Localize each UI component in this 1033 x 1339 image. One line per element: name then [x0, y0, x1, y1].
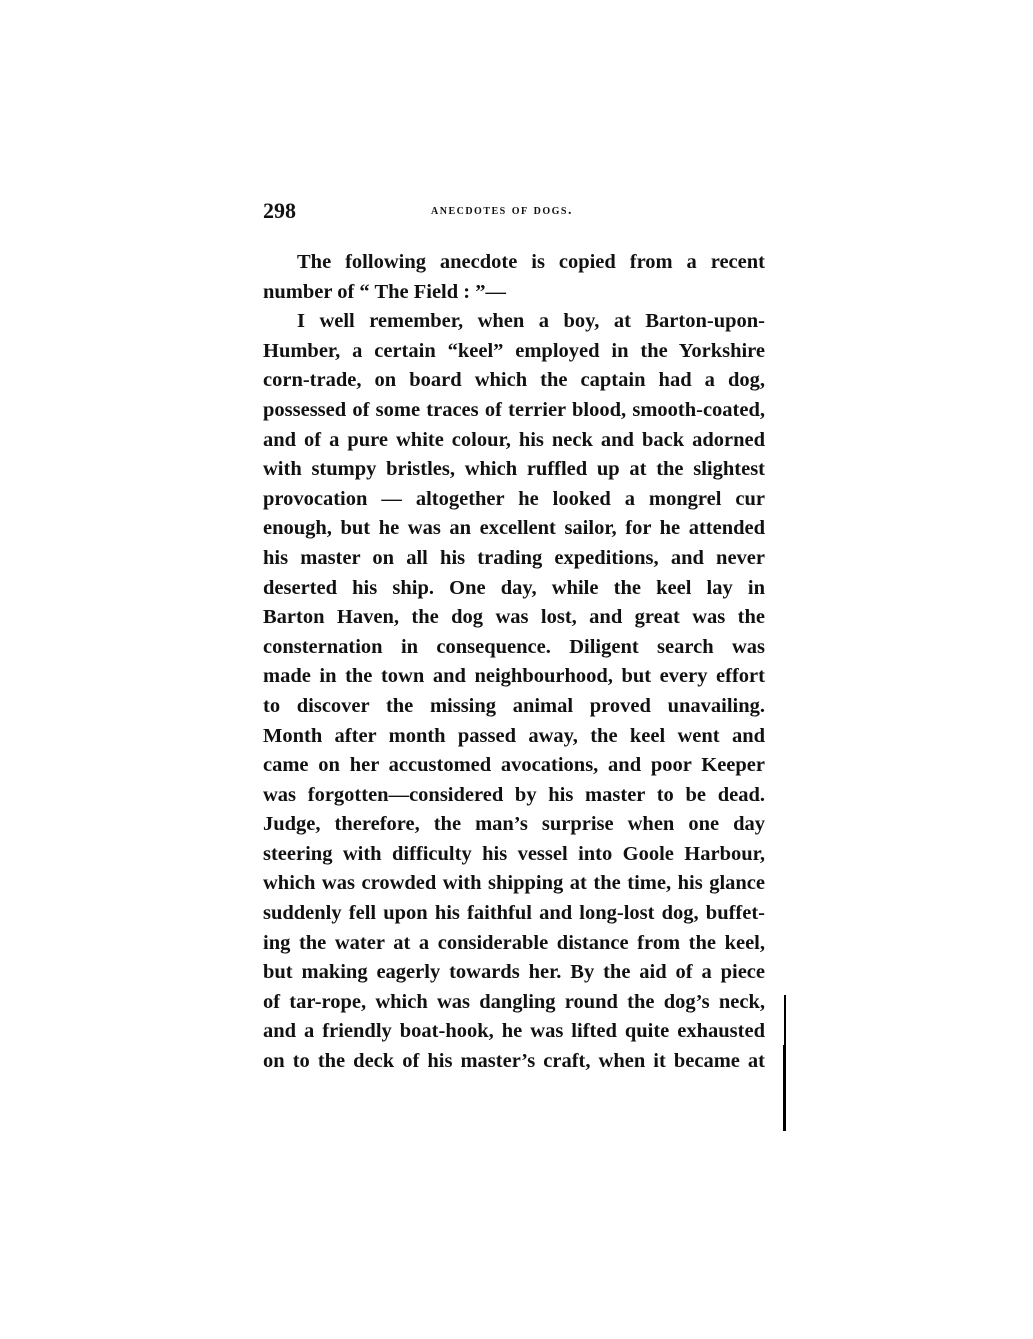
text-line: number of “ The Field : ”—: [263, 278, 765, 308]
text-line: which was crowded with shipping at the t…: [263, 869, 765, 899]
text-line: and a friendly boat-hook, he was lifted …: [263, 1017, 765, 1047]
text-line: corn-trade, on board which the captain h…: [263, 366, 765, 396]
text-line: Barton Haven, the dog was lost, and grea…: [263, 603, 765, 633]
book-page: 298 ANECDOTES OF DOGS. The following ane…: [0, 0, 1033, 1339]
text-line: of tar-rope, which was dangling round th…: [263, 988, 765, 1018]
text-line: but making eagerly towards her. By the a…: [263, 958, 765, 988]
text-line: and of a pure white colour, his neck and…: [263, 426, 765, 456]
page-number: 298: [263, 198, 296, 224]
text-line: I well remember, when a boy, at Barton-u…: [263, 307, 765, 337]
text-line: to discover the missing animal proved un…: [263, 692, 765, 722]
text-line: provocation — altogether he looked a mon…: [263, 485, 765, 515]
body-text: The following anecdote is copied from a …: [263, 248, 765, 1077]
text-line: enough, but he was an excellent sailor, …: [263, 514, 765, 544]
text-line: suddenly fell upon his faithful and long…: [263, 899, 765, 929]
text-line: ing the water at a considerable distance…: [263, 929, 765, 959]
text-line: on to the deck of his master’s craft, wh…: [263, 1047, 765, 1077]
scan-edge-line-thick: [783, 1045, 786, 1131]
text-line: his master on all his trading expedition…: [263, 544, 765, 574]
running-title: ANECDOTES OF DOGS.: [431, 203, 573, 219]
text-line: Judge, therefore, the man’s surprise whe…: [263, 810, 765, 840]
text-line: with stumpy bristles, which ruffled up a…: [263, 455, 765, 485]
text-line: deserted his ship. One day, while the ke…: [263, 574, 765, 604]
text-line: made in the town and neighbourhood, but …: [263, 662, 765, 692]
text-line: Month after month passed away, the keel …: [263, 722, 765, 752]
text-line: consternation in consequence. Diligent s…: [263, 633, 765, 663]
text-line: came on her accustomed avocations, and p…: [263, 751, 765, 781]
text-line: steering with difficulty his vessel into…: [263, 840, 765, 870]
text-line: Humber, a certain “keel” employed in the…: [263, 337, 765, 367]
text-line: possessed of some traces of terrier bloo…: [263, 396, 765, 426]
text-line: The following anecdote is copied from a …: [263, 248, 765, 278]
text-line: was forgotten—considered by his master t…: [263, 781, 765, 811]
running-head: 298 ANECDOTES OF DOGS.: [263, 198, 763, 224]
